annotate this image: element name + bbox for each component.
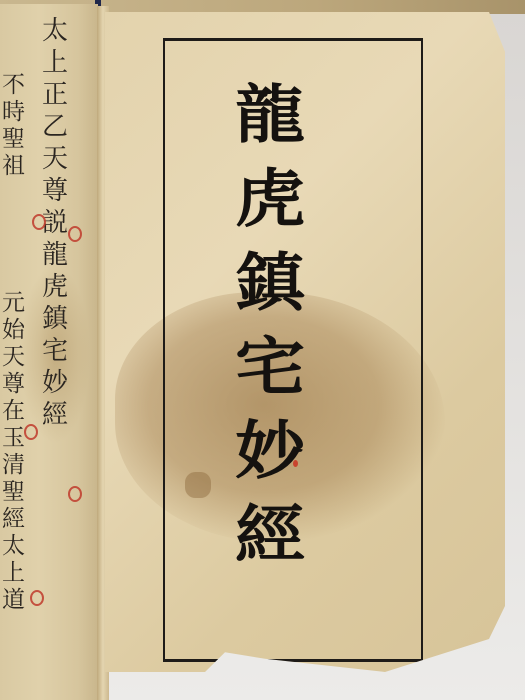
- manuscript-photo: 太 上 正 乙 天 尊 説 龍 虎 鎮 宅 妙 經 不 時 聖 祖 元 始 天 …: [0, 0, 525, 700]
- cover-title: 龍 虎 鎮 宅 妙 經: [235, 80, 305, 570]
- char: 乙: [42, 114, 68, 140]
- title-char: 虎: [235, 168, 305, 231]
- char: 宅: [42, 338, 68, 364]
- red-punctuation-mark: [24, 424, 38, 440]
- title-char: 鎮: [235, 252, 305, 315]
- side-text-column-1: 不 時 聖 祖: [2, 74, 25, 178]
- char: 虎: [42, 274, 68, 300]
- char: 清: [2, 454, 25, 477]
- char: 不: [2, 74, 25, 97]
- red-punctuation-mark: [68, 226, 82, 242]
- char: 正: [42, 82, 68, 108]
- red-punctuation-mark: [30, 590, 44, 606]
- title-char: 經: [235, 504, 305, 567]
- title-char: 妙: [235, 420, 305, 483]
- char: 時: [2, 101, 25, 124]
- char: 天: [2, 346, 25, 369]
- char: 太: [42, 18, 68, 44]
- red-mark: [293, 460, 298, 467]
- title-char: 龍: [235, 84, 305, 147]
- char: 尊: [2, 373, 25, 396]
- cover-page: 龍 虎 鎮 宅 妙 經: [105, 12, 505, 672]
- char: 經: [2, 508, 25, 531]
- char: 經: [42, 402, 68, 428]
- title-char: 宅: [235, 336, 305, 399]
- char: 尊: [42, 178, 68, 204]
- red-punctuation-mark: [32, 214, 46, 230]
- char: 道: [2, 589, 25, 612]
- left-page: 太 上 正 乙 天 尊 説 龍 虎 鎮 宅 妙 經 不 時 聖 祖 元 始 天 …: [0, 4, 98, 700]
- char: 鎮: [42, 306, 68, 332]
- red-punctuation-mark: [68, 486, 82, 502]
- char: 祖: [2, 155, 25, 178]
- char: 始: [2, 319, 25, 342]
- char: 聖: [2, 481, 25, 504]
- char: 太: [2, 535, 25, 558]
- char: 玉: [2, 427, 25, 450]
- char: 聖: [2, 128, 25, 151]
- char: 元: [2, 292, 25, 315]
- char: 在: [2, 400, 25, 423]
- char: 上: [42, 50, 68, 76]
- side-text-column-2: 元 始 天 尊 在 玉 清 聖 經 太 上 道: [2, 292, 25, 612]
- char: 上: [2, 562, 25, 585]
- char: 妙: [42, 370, 68, 396]
- char: 天: [42, 146, 68, 172]
- char: 龍: [42, 242, 68, 268]
